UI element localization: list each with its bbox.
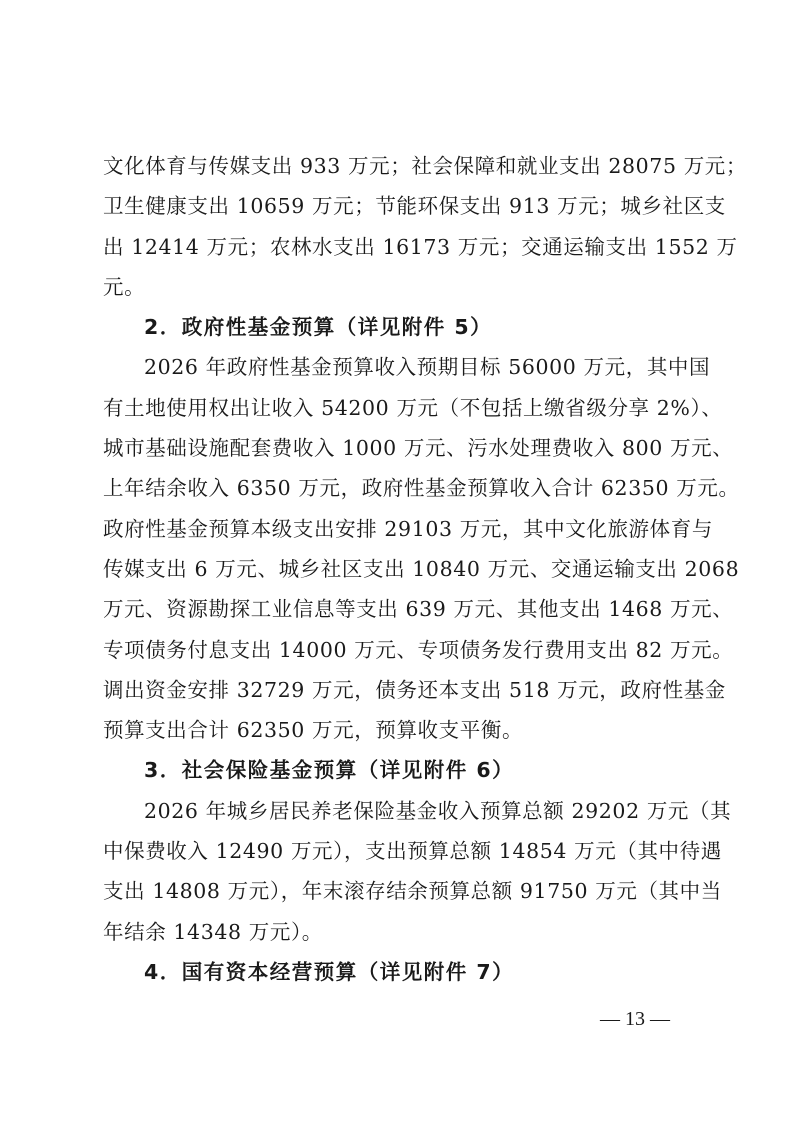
paragraph-line: 预算支出合计 62350 万元，预算收支平衡。 — [103, 710, 698, 750]
paragraph-line: 2026 年城乡居民养老保险基金收入预算总额 29202 万元（其 — [103, 791, 698, 831]
paragraph-line: 支出 14808 万元），年末滚存结余预算总额 91750 万元（其中当 — [103, 871, 698, 911]
paragraph-line: 2026 年政府性基金预算收入预期目标 56000 万元，其中国 — [103, 347, 698, 387]
paragraph-line: 元。 — [103, 267, 698, 307]
paragraph-line: 万元、资源勘探工业信息等支出 639 万元、其他支出 1468 万元、 — [103, 589, 698, 629]
paragraph-line: 调出资金安排 32729 万元，债务还本支出 518 万元，政府性基金 — [103, 670, 698, 710]
continued-paragraph: 文化体育与传媒支出 933 万元；社会保障和就业支出 28075 万元； 卫生健… — [103, 146, 698, 307]
page-number: — 13 — — [590, 1008, 680, 1031]
paragraph-line: 政府性基金预算本级支出安排 29103 万元，其中文化旅游体育与 — [103, 509, 698, 549]
document-page: 文化体育与传媒支出 933 万元；社会保障和就业支出 28075 万元； 卫生健… — [103, 146, 698, 992]
social-insurance-fund-budget-paragraph: 2026 年城乡居民养老保险基金收入预算总额 29202 万元（其 中保费收入 … — [103, 791, 698, 952]
section-heading-state-capital-operating-budget: 4．国有资本经营预算（详见附件 7） — [103, 952, 698, 992]
paragraph-line: 年结余 14348 万元）。 — [103, 912, 698, 952]
paragraph-line: 上年结余收入 6350 万元，政府性基金预算收入合计 62350 万元。 — [103, 468, 698, 508]
paragraph-line: 卫生健康支出 10659 万元；节能环保支出 913 万元；城乡社区支 — [103, 186, 698, 226]
paragraph-line: 城市基础设施配套费收入 1000 万元、污水处理费收入 800 万元、 — [103, 428, 698, 468]
government-fund-budget-paragraph: 2026 年政府性基金预算收入预期目标 56000 万元，其中国 有土地使用权出… — [103, 347, 698, 750]
section-heading-social-insurance-fund-budget: 3．社会保险基金预算（详见附件 6） — [103, 750, 698, 790]
paragraph-line: 专项债务付息支出 14000 万元、专项债务发行费用支出 82 万元。 — [103, 630, 698, 670]
paragraph-line: 出 12414 万元；农林水支出 16173 万元；交通运输支出 1552 万 — [103, 227, 698, 267]
paragraph-line: 文化体育与传媒支出 933 万元；社会保障和就业支出 28075 万元； — [103, 146, 698, 186]
paragraph-line: 中保费收入 12490 万元），支出预算总额 14854 万元（其中待遇 — [103, 831, 698, 871]
section-heading-government-fund-budget: 2．政府性基金预算（详见附件 5） — [103, 307, 698, 347]
paragraph-line: 有土地使用权出让收入 54200 万元（不包括上缴省级分享 2%）、 — [103, 388, 698, 428]
paragraph-line: 传媒支出 6 万元、城乡社区支出 10840 万元、交通运输支出 2068 — [103, 549, 698, 589]
